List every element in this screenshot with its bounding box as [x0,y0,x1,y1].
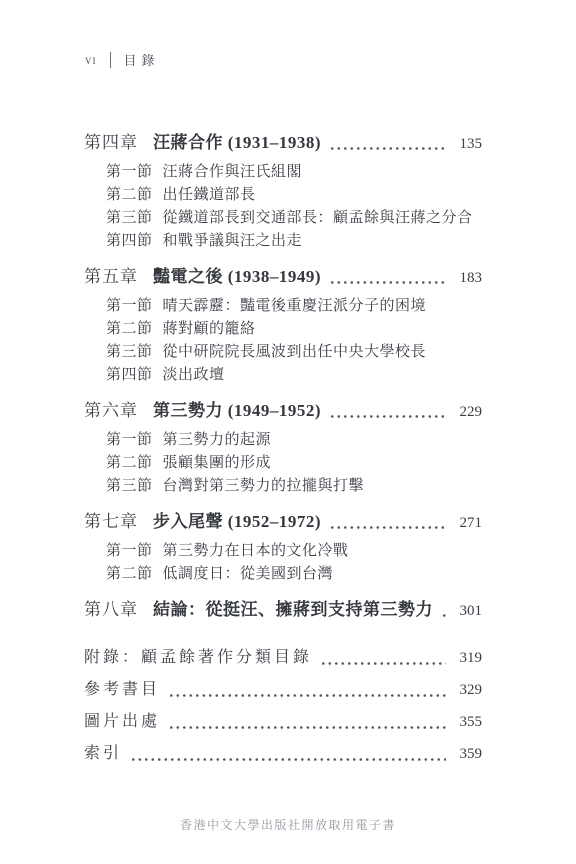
toc-section-entry: 第一節晴天霹靂：豔電後重慶汪派分子的困境 [106,295,482,318]
section-title: 第三勢力的起源 [163,432,272,448]
backmatter-title: 索引 [84,742,122,766]
section-list: 第一節晴天霹靂：豔電後重慶汪派分子的困境 第二節蔣對顧的籠絡 第三節從中研院院長… [106,295,482,387]
section-list: 第一節第三勢力在日本的文化冷戰 第二節低調度日：從美國到台灣 [106,540,482,586]
dot-leader [331,414,446,419]
running-header: vi 目錄 [85,50,160,69]
section-title: 從中研院院長風波到出任中央大學校長 [163,344,427,360]
section-title: 低調度日：從美國到台灣 [163,566,334,582]
dot-leader [322,661,446,666]
backmatter-title: 附錄：顧孟餘著作分類目錄 [84,646,312,670]
section-number: 第一節 [106,298,153,314]
toc-section-entry: 第三節台灣對第三勢力的拉攏與打擊 [106,475,482,498]
dot-leader [132,757,446,762]
section-title: 和戰爭議與汪之出走 [163,233,303,249]
chapter-number: 第四章 [84,131,138,155]
toc-section-entry: 第一節汪蔣合作與汪氏組閣 [106,161,482,184]
section-list: 第一節汪蔣合作與汪氏組閣 第二節出任鐵道部長 第三節從鐵道部長到交通部長：顧孟餘… [106,161,482,253]
toc-backmatter-entry: 參考書目 329 [84,678,482,702]
section-number: 第一節 [106,164,153,180]
chapter-page-number: 229 [454,400,482,424]
chapter-block-7: 第七章 步入尾聲 (1952–1972) 271 第一節第三勢力在日本的文化冷戰… [84,510,482,586]
chapter-page-number: 183 [454,266,482,290]
section-title: 汪蔣合作與汪氏組閣 [163,164,303,180]
dot-leader [331,146,446,151]
toc-section-entry: 第二節低調度日：從美國到台灣 [106,563,482,586]
section-title: 台灣對第三勢力的拉攏與打擊 [163,478,365,494]
section-number: 第四節 [106,233,153,249]
toc-chapter-entry: 第六章 第三勢力 (1949–1952) 229 [84,399,482,423]
backmatter-page-number: 329 [454,678,482,702]
toc-section-entry: 第二節張顧集團的形成 [106,452,482,475]
page-folio: vi [85,52,97,68]
toc-backmatter-entry: 圖片出處 355 [84,710,482,734]
chapter-page-number: 271 [454,511,482,535]
open-access-footer: 香港中文大學出版社開放取用電子書 [0,816,576,833]
section-number: 第三節 [106,478,153,494]
chapter-number: 第七章 [84,510,138,534]
table-of-contents: 第四章 汪蔣合作 (1931–1938) 135 第一節汪蔣合作與汪氏組閣 第二… [84,131,482,774]
toc-section-entry: 第三節從中研院院長風波到出任中央大學校長 [106,341,482,364]
toc-section-entry: 第二節出任鐵道部長 [106,184,482,207]
chapter-page-number: 301 [454,599,482,623]
backmatter-page-number: 319 [454,646,482,670]
chapter-block-6: 第六章 第三勢力 (1949–1952) 229 第一節第三勢力的起源 第二節張… [84,399,482,498]
section-number: 第三節 [106,210,153,226]
chapter-title: 豔電之後 (1938–1949) [153,265,321,289]
section-number: 第二節 [106,566,153,582]
dot-leader [170,693,446,698]
section-number: 第一節 [106,432,153,448]
section-list: 第一節第三勢力的起源 第二節張顧集團的形成 第三節台灣對第三勢力的拉攏與打擊 [106,429,482,498]
chapter-number: 第六章 [84,399,138,423]
toc-chapter-entry: 第四章 汪蔣合作 (1931–1938) 135 [84,131,482,155]
backmatter-title: 圖片出處 [84,710,160,734]
toc-section-entry: 第一節第三勢力在日本的文化冷戰 [106,540,482,563]
section-title: 從鐵道部長到交通部長：顧孟餘與汪蔣之分合 [163,210,473,226]
toc-section-entry: 第四節淡出政壇 [106,364,482,387]
chapter-title: 第三勢力 (1949–1952) [153,399,321,423]
section-number: 第四節 [106,367,153,383]
backmatter-page-number: 355 [454,710,482,734]
toc-section-entry: 第四節和戰爭議與汪之出走 [106,230,482,253]
toc-backmatter-entry: 附錄：顧孟餘著作分類目錄 319 [84,646,482,670]
header-section-title: 目錄 [124,50,160,69]
section-number: 第一節 [106,543,153,559]
dot-leader [331,280,446,285]
section-title: 蔣對顧的籠絡 [163,321,256,337]
toc-chapter-entry: 第八章 結論：從挺汪、擁蔣到支持第三勢力 301 [84,598,482,622]
book-page: vi 目錄 第四章 汪蔣合作 (1931–1938) 135 第一節汪蔣合作與汪… [0,0,576,864]
chapter-block-5: 第五章 豔電之後 (1938–1949) 183 第一節晴天霹靂：豔電後重慶汪派… [84,265,482,387]
chapter-page-number: 135 [454,132,482,156]
toc-section-entry: 第三節從鐵道部長到交通部長：顧孟餘與汪蔣之分合 [106,207,482,230]
section-number: 第二節 [106,455,153,471]
chapter-title: 結論：從挺汪、擁蔣到支持第三勢力 [153,598,433,622]
chapter-number: 第八章 [84,598,138,622]
toc-section-entry: 第一節第三勢力的起源 [106,429,482,452]
dot-leader [443,613,446,618]
section-title: 張顧集團的形成 [163,455,272,471]
section-number: 第二節 [106,187,153,203]
chapter-title: 汪蔣合作 (1931–1938) [153,131,321,155]
section-number: 第三節 [106,344,153,360]
dot-leader [170,725,446,730]
backmatter-list: 附錄：顧孟餘著作分類目錄 319 參考書目 329 圖片出處 355 索引 35… [84,646,482,766]
chapter-title: 步入尾聲 (1952–1972) [153,510,321,534]
section-title: 出任鐵道部長 [163,187,256,203]
chapter-number: 第五章 [84,265,138,289]
toc-backmatter-entry: 索引 359 [84,742,482,766]
chapter-block-4: 第四章 汪蔣合作 (1931–1938) 135 第一節汪蔣合作與汪氏組閣 第二… [84,131,482,253]
dot-leader [331,525,446,530]
section-title: 第三勢力在日本的文化冷戰 [163,543,349,559]
section-number: 第二節 [106,321,153,337]
toc-section-entry: 第二節蔣對顧的籠絡 [106,318,482,341]
chapter-block-8: 第八章 結論：從挺汪、擁蔣到支持第三勢力 301 [84,598,482,622]
header-divider [110,52,111,68]
toc-chapter-entry: 第五章 豔電之後 (1938–1949) 183 [84,265,482,289]
backmatter-page-number: 359 [454,742,482,766]
section-title: 晴天霹靂：豔電後重慶汪派分子的困境 [163,298,427,314]
section-title: 淡出政壇 [163,367,225,383]
backmatter-title: 參考書目 [84,678,160,702]
toc-chapter-entry: 第七章 步入尾聲 (1952–1972) 271 [84,510,482,534]
